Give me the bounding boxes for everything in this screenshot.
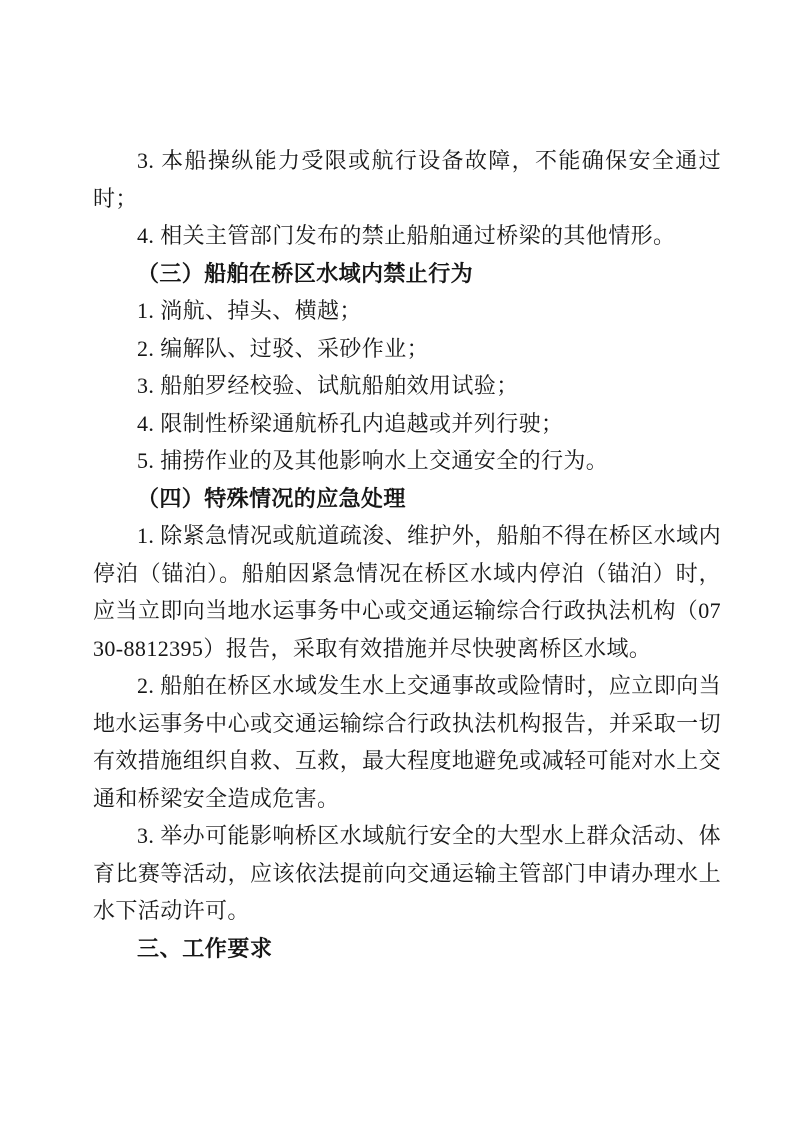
document-page: 3. 本船操纵能力受限或航行设备故障，不能确保安全通过时； 4. 相关主管部门发… <box>0 0 793 1122</box>
clause-item-prohibited-1: 1. 淌航、掉头、横越； <box>93 292 721 330</box>
section-heading-work-requirements: 三、工作要求 <box>93 930 721 968</box>
document-content: 3. 本船操纵能力受限或航行设备故障，不能确保安全通过时； 4. 相关主管部门发… <box>93 142 721 967</box>
clause-item-prohibited-2: 2. 编解队、过驳、采砂作业； <box>93 330 721 368</box>
clause-item-prohibited-5: 5. 捕捞作业的及其他影响水上交通安全的行为。 <box>93 442 721 480</box>
emergency-paragraph-3: 3. 举办可能影响桥区水域航行安全的大型水上群众活动、体育比赛等活动，应该依法提… <box>93 817 721 930</box>
subsection-heading-emergency-handling: （四）特殊情况的应急处理 <box>93 480 721 518</box>
emergency-paragraph-2: 2. 船舶在桥区水域发生水上交通事故或险情时，应立即向当地水运事务中心或交通运输… <box>93 667 721 817</box>
clause-item-prohibited-3: 3. 船舶罗经校验、试航船舶效用试验； <box>93 367 721 405</box>
emergency-paragraph-1: 1. 除紧急情况或航道疏浚、维护外，船舶不得在桥区水域内停泊（锚泊）。船舶因紧急… <box>93 517 721 667</box>
subsection-heading-prohibited-acts: （三）船舶在桥区水域内禁止行为 <box>93 255 721 293</box>
clause-item-pass-restriction-3: 3. 本船操纵能力受限或航行设备故障，不能确保安全通过时； <box>93 142 721 217</box>
clause-item-prohibited-4: 4. 限制性桥梁通航桥孔内追越或并列行驶； <box>93 405 721 443</box>
clause-item-pass-restriction-4: 4. 相关主管部门发布的禁止船舶通过桥梁的其他情形。 <box>93 217 721 255</box>
